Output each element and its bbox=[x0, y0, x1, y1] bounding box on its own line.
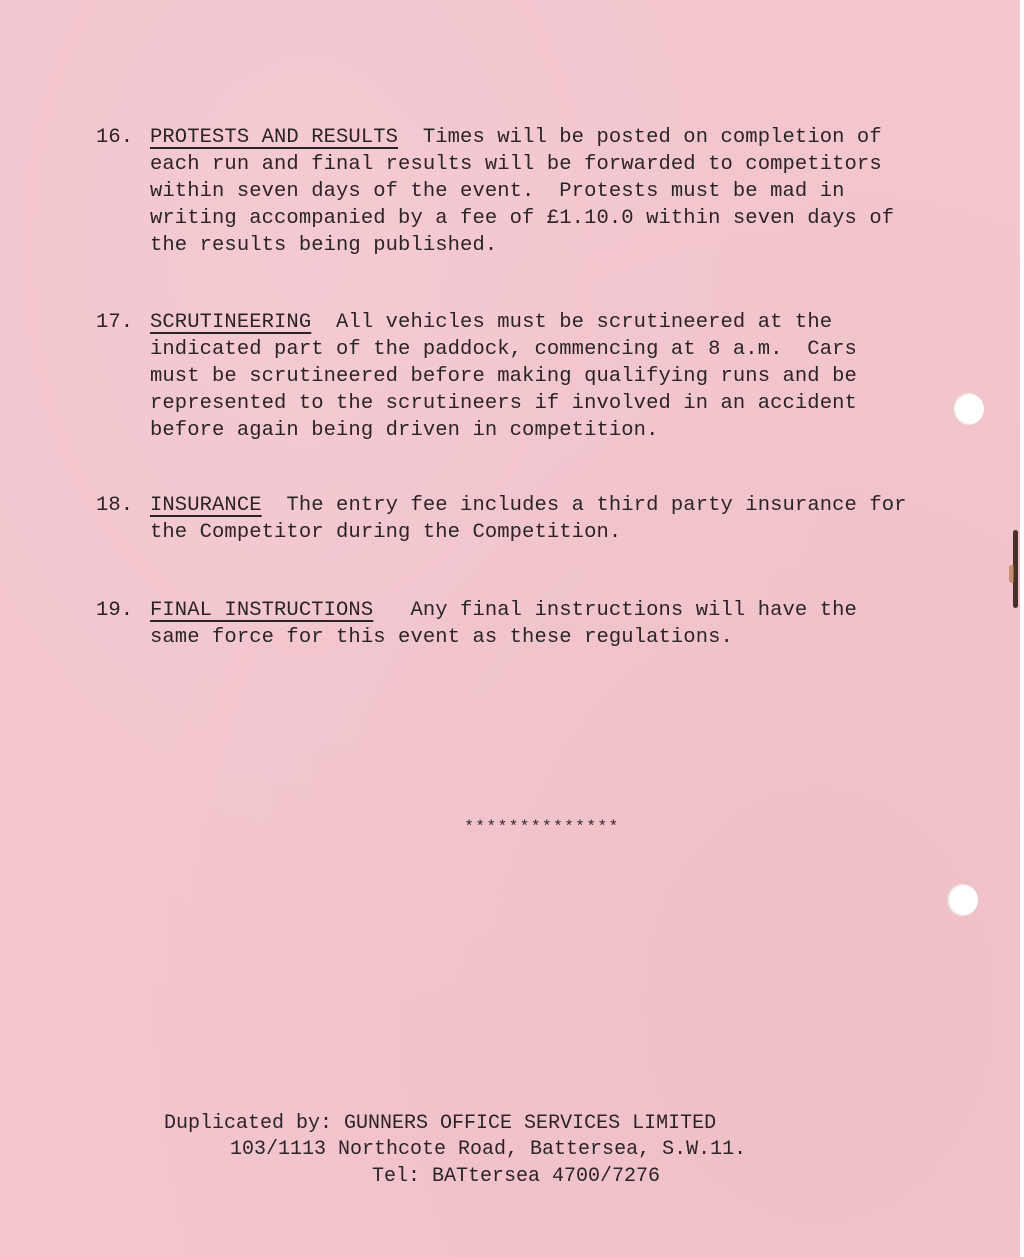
item-text: within seven days of the event. Protests… bbox=[150, 178, 956, 205]
item-heading: INSURANCE bbox=[150, 494, 262, 517]
item-text: All vehicles must be scrutineered at the bbox=[311, 311, 832, 334]
item-text: Times will be posted on completion of bbox=[398, 126, 882, 149]
item-text: writing accompanied by a fee of £1.10.0 … bbox=[150, 205, 956, 232]
item-heading: PROTESTS AND RESULTS bbox=[150, 126, 398, 149]
rust-mark bbox=[1009, 565, 1014, 583]
item-text: represented to the scrutineers if involv… bbox=[150, 390, 956, 417]
item-text: Any final instructions will have the bbox=[373, 599, 857, 622]
regulation-17: 17. SCRUTINEERING All vehicles must be s… bbox=[96, 309, 956, 444]
punch-hole-icon bbox=[946, 884, 978, 916]
footer-address: 103/1113 Northcote Road, Battersea, S.W.… bbox=[230, 1137, 1024, 1163]
regulation-19: 19. FINAL INSTRUCTIONS Any final instruc… bbox=[96, 597, 956, 651]
page-edge bbox=[1020, 0, 1024, 1257]
item-text: the results being published. bbox=[150, 232, 956, 259]
item-text: same force for this event as these regul… bbox=[150, 624, 956, 651]
item-number: 17. bbox=[96, 309, 133, 336]
footer-duplicated-by: Duplicated by: GUNNERS OFFICE SERVICES L… bbox=[164, 1111, 1024, 1137]
item-heading: FINAL INSTRUCTIONS bbox=[150, 599, 373, 622]
regulation-16: 16. PROTESTS AND RESULTS Times will be p… bbox=[96, 124, 956, 259]
footer-telephone: Tel: BATtersea 4700/7276 bbox=[372, 1164, 1024, 1190]
item-text: before again being driven in competition… bbox=[150, 417, 956, 444]
item-number: 19. bbox=[96, 597, 133, 624]
separator-asterisks: ************** bbox=[0, 818, 1024, 836]
item-text: each run and final results will be forwa… bbox=[150, 151, 956, 178]
item-text: the Competitor during the Competition. bbox=[150, 519, 956, 546]
item-number: 16. bbox=[96, 124, 133, 151]
item-heading: SCRUTINEERING bbox=[150, 311, 311, 334]
regulation-18: 18. INSURANCE The entry fee includes a t… bbox=[96, 492, 956, 546]
item-text: The entry fee includes a third party ins… bbox=[262, 494, 907, 517]
item-text: indicated part of the paddock, commencin… bbox=[150, 336, 956, 363]
item-text: must be scrutineered before making quali… bbox=[150, 363, 956, 390]
punch-hole-icon bbox=[952, 393, 984, 425]
item-number: 18. bbox=[96, 492, 133, 519]
